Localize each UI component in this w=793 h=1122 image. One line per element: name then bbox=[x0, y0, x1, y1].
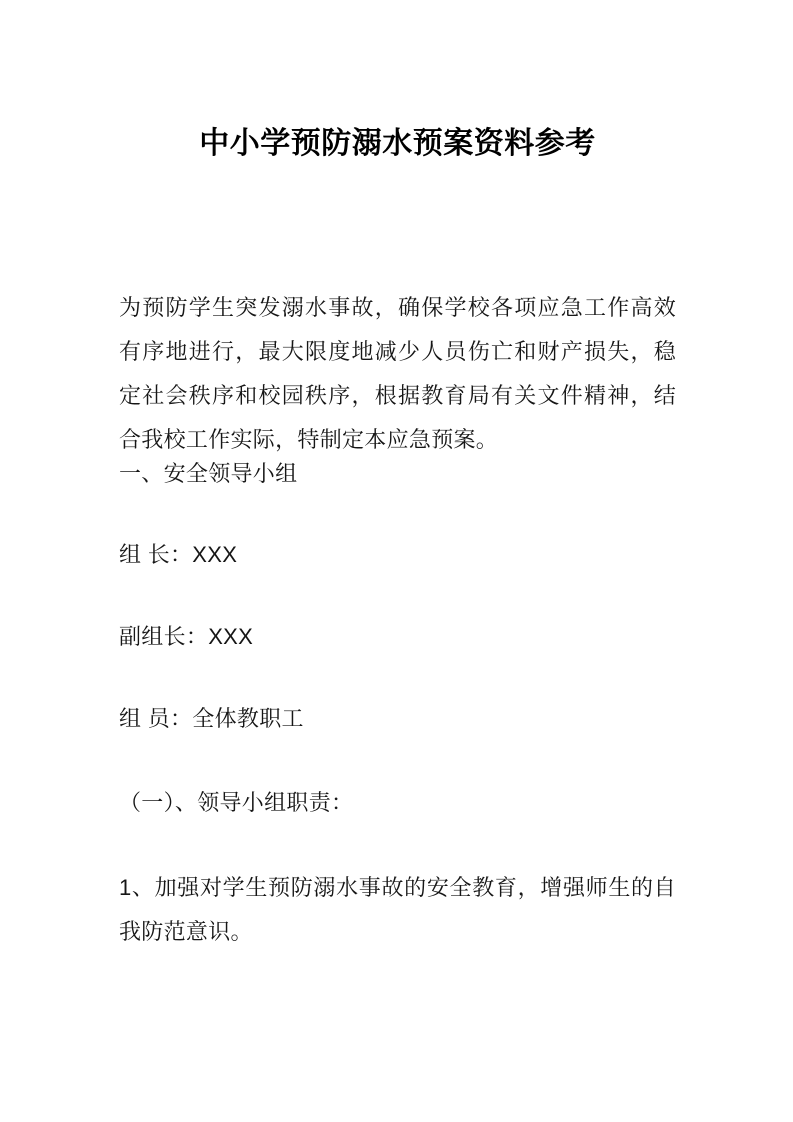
paragraph-duty-item-1: 1、加强对学生预防溺水事故的安全教育，增强师生的自我防范意识。 bbox=[119, 866, 676, 954]
document-title: 中小学预防溺水预案资料参考 bbox=[119, 126, 676, 162]
paragraph-group-members: 组 员：全体教职工 bbox=[119, 697, 676, 741]
paragraph-intro: 为预防学生突发溺水事故，确保学校各项应急工作高效有序地进行，最大限度地减少人员伤… bbox=[119, 286, 676, 462]
paragraph-deputy-leader: 副组长：XXX bbox=[119, 615, 676, 659]
document-page: 中小学预防溺水预案资料参考 为预防学生突发溺水事故，确保学校各项应急工作高效有序… bbox=[0, 0, 793, 1122]
paragraph-group-leader: 组 长：XXX bbox=[119, 533, 676, 577]
document-content: 中小学预防溺水预案资料参考 为预防学生突发溺水事故，确保学校各项应急工作高效有序… bbox=[119, 0, 676, 954]
paragraph-subsection-heading-duties: （一）、领导小组职责： bbox=[119, 781, 676, 825]
